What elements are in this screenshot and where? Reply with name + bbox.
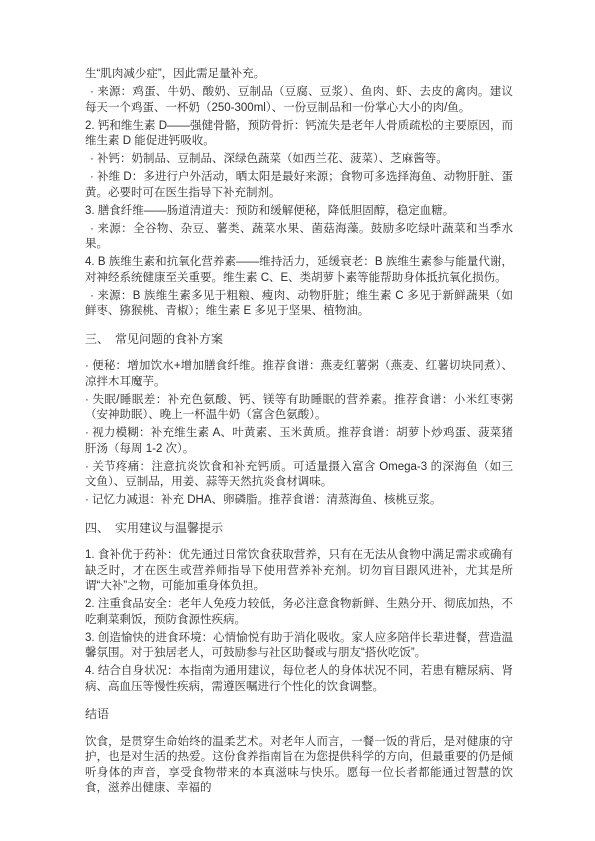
list-item-insomnia: · 失眠/睡眠差：补充色氨酸、钙、镁等有助睡眠的营养素。推荐食谱：小米红枣粥（安… — [85, 393, 513, 424]
list-item-constipation: · 便秘：增加饮水+增加膳食纤维。推荐食谱：燕麦红薯粥（燕麦、红薯切块同煮）、凉… — [85, 359, 513, 390]
list-item-vitd-sources: · 补维 D：多进行户外活动，晒太阳是最好来源；食物可多选择海鱼、动物肝脏、蛋黄… — [85, 170, 513, 201]
section-heading-common-problems: 三、 常见问题的食补方案 — [85, 332, 513, 348]
list-item-blurred-vision: · 视力模糊：补充维生素 A、叶黄素、玉米黄质。推荐食谱：胡萝卜炒鸡蛋、菠菜猪肝… — [85, 426, 513, 457]
paragraph-tip-individual-condition: 4. 结合自身状况：本指南为通用建议，每位老人的身体状况不同，若患有糖尿病、肾病… — [85, 664, 513, 695]
paragraph-nutrient-calcium-vitd: 2. 钙和维生素 D——强健骨骼，预防骨折：钙流失是老年人骨质疏松的主要原因，而… — [85, 119, 513, 150]
paragraph-tip-food-safety: 2. 注重食品安全：老年人免疫力较低，务必注意食物新鲜、生熟分开、彻底加热，不吃… — [85, 597, 513, 628]
document-content: 生“肌肉减少症”，因此需足量补充。 · 来源：鸡蛋、牛奶、酸奶、豆制品（豆腐、豆… — [85, 67, 513, 799]
list-item-bvitamin-sources: · 来源：B 族维生素多见于粗粮、瘦肉、动物肝脏；维生素 C 多见于新鲜蔬果（如… — [85, 289, 513, 320]
list-item-joint-pain: · 关节疼痛：注意抗炎饮食和补充钙质。可适量摄入富含 Omega-3 的深海鱼（… — [85, 460, 513, 491]
list-item-fiber-sources: · 来源：全谷物、杂豆、薯类、蔬菜水果、菌菇海藻。鼓励多吃绿叶蔬菜和当季水果。 — [85, 222, 513, 253]
paragraph-nutrient-fiber: 3. 膳食纤维——肠道清道夫：预防和缓解便秘，降低胆固醇，稳定血糖。 — [85, 204, 513, 220]
paragraph-tip-pleasant-environment: 3. 创造愉快的进食环境：心情愉悦有助于消化吸收。家人应多陪伴长辈进餐，营造温馨… — [85, 631, 513, 662]
paragraph-conclusion: 饮食，是贯穿生命始终的温柔艺术。对老年人而言，一餐一饭的背后，是对健康的守护，也… — [85, 735, 513, 797]
section-heading-conclusion: 结语 — [85, 707, 513, 723]
list-item-protein-sources: · 来源：鸡蛋、牛奶、酸奶、豆制品（豆腐、豆浆）、鱼肉、虾、去皮的禽肉。建议每天… — [85, 85, 513, 116]
paragraph-nutrient-bvitamins: 4. B 族维生素和抗氧化营养素——维持活力，延缓衰老：B 族维生素参与能量代谢… — [85, 255, 513, 286]
list-item-memory-decline: · 记忆力减退：补充 DHA、卵磷脂。推荐食谱：清蒸海鱼、核桃豆浆。 — [85, 493, 513, 509]
section-heading-practical-tips: 四、 实用建议与温馨提示 — [85, 521, 513, 537]
list-item-calcium-sources: · 补钙：奶制品、豆制品、深绿色蔬菜（如西兰花、菠菜）、芝麻酱等。 — [85, 152, 513, 168]
document-page: 生“肌肉减少症”，因此需足量补充。 · 来源：鸡蛋、牛奶、酸奶、豆制品（豆腐、豆… — [0, 0, 595, 841]
paragraph-tip-food-over-medicine: 1. 食补优于药补：优先通过日常饮食获取营养，只有在无法从食物中满足需求或确有缺… — [85, 548, 513, 595]
paragraph-continuation: 生“肌肉减少症”，因此需足量补充。 — [85, 67, 513, 83]
